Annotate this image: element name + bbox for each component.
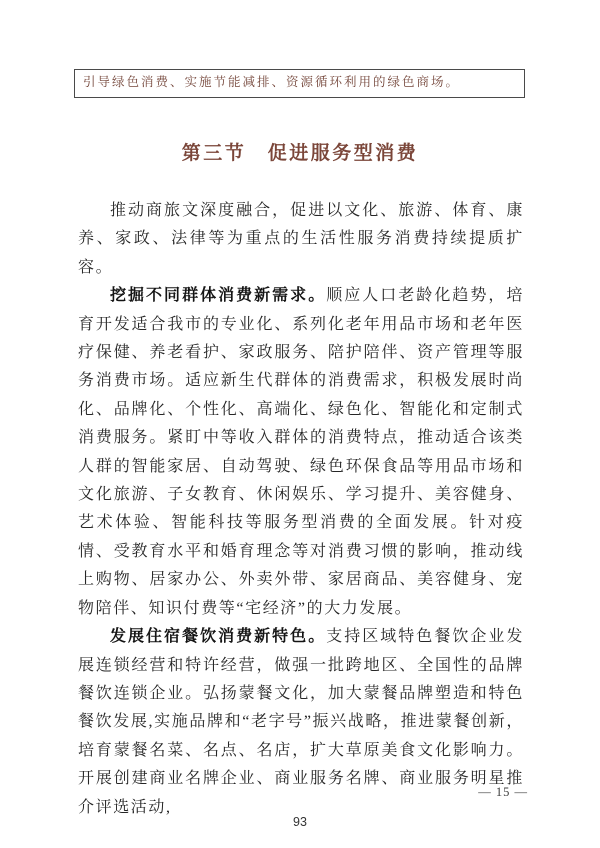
paragraph: 发展住宿餐饮消费新特色。支持区域特色餐饮企业发展连锁经营和特许经营，做强一批跨地… — [78, 623, 524, 822]
header-note-box: 引导绿色消费、实施节能减排、资源循环利用的绿色商场。 — [74, 69, 525, 98]
document-body: 推动商旅文深度融合，促进以文化、旅游、体育、康养、家政、法律等为重点的生活性服务… — [78, 197, 524, 822]
paragraph: 挖掘不同群体消费新需求。顺应人口老龄化趋势，培育开发适合我市的专业化、系列化老年… — [78, 282, 524, 623]
paragraph-text: 推动商旅文深度融合，促进以文化、旅游、体育、康养、家政、法律等为重点的生活性服务… — [78, 202, 524, 276]
page-number: 93 — [0, 815, 600, 829]
section-title: 第三节 促进服务型消费 — [0, 138, 600, 165]
paragraph-text: 支持区域特色餐饮企业发展连锁经营和特许经营，做强一批跨地区、全国性的品牌餐饮连锁… — [78, 628, 524, 815]
paragraph-text: 顺应人口老龄化趋势，培育开发适合我市的专业化、系列化老年用品市场和老年医疗保健、… — [78, 287, 524, 616]
document-page: 引导绿色消费、实施节能减排、资源循环利用的绿色商场。 第三节 促进服务型消费 推… — [0, 0, 600, 848]
paragraph-lead: 发展住宿餐饮消费新特色。 — [110, 628, 326, 645]
paragraph: 推动商旅文深度融合，促进以文化、旅游、体育、康养、家政、法律等为重点的生活性服务… — [78, 197, 524, 282]
page-marker: — 15 — — [478, 785, 528, 800]
paragraph-lead: 挖掘不同群体消费新需求。 — [110, 287, 326, 304]
header-note-text: 引导绿色消费、实施节能减排、资源循环利用的绿色商场。 — [83, 75, 460, 89]
